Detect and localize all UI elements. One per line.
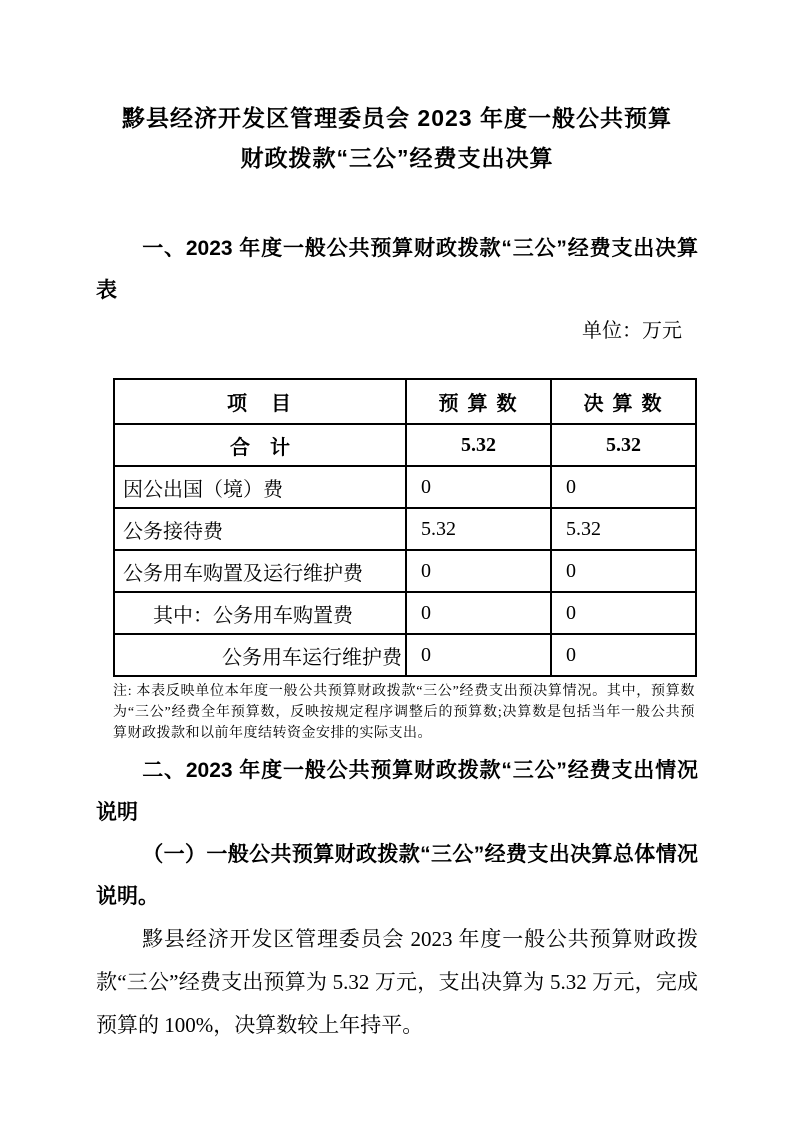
- section2-subheading: （一）一般公共预算财政拨款“三公”经费支出决算总体情况说明。: [96, 834, 698, 918]
- section2-paragraph: 黟县经济开发区管理委员会 2023 年度一般公共预算财政拨款“三公”经费支出预算…: [96, 918, 698, 1047]
- col-header-budget: 预 算 数: [406, 379, 551, 424]
- budget-value-cell: 0: [406, 466, 551, 508]
- budget-value-cell: 0: [406, 550, 551, 592]
- section2-heading: 二、2023 年度一般公共预算财政拨款“三公”经费支出情况说明: [96, 750, 698, 834]
- table-header-row: 项 目 预 算 数 决 算 数: [114, 379, 696, 424]
- document-title-line2: 财政拨款“三公”经费支出决算: [96, 138, 698, 178]
- item-label-cell: 因公出国（境）费: [114, 466, 406, 508]
- budget-value-cell: 0: [406, 592, 551, 634]
- final-value-cell: 0: [551, 466, 696, 508]
- item-label-cell: 其中：公务用车购置费: [114, 592, 406, 634]
- expenditure-table: 项 目 预 算 数 决 算 数 合 计5.325.32因公出国（境）费00公务接…: [113, 378, 697, 677]
- table-row: 因公出国（境）费00: [114, 466, 696, 508]
- final-value-cell: 5.32: [551, 424, 696, 466]
- final-value-cell: 0: [551, 592, 696, 634]
- table-row: 合 计5.325.32: [114, 424, 696, 466]
- table-row: 公务用车购置及运行维护费00: [114, 550, 696, 592]
- section1-heading: 一、2023 年度一般公共预算财政拨款“三公”经费支出决算表: [96, 228, 698, 312]
- table-note: 注: 本表反映单位本年度一般公共预算财政拨款“三公”经费支出预决算情况。其中，预…: [113, 681, 695, 744]
- table-row: 公务接待费5.325.32: [114, 508, 696, 550]
- col-header-final: 决 算 数: [551, 379, 696, 424]
- item-label-cell: 公务接待费: [114, 508, 406, 550]
- document-title-line1: 黟县经济开发区管理委员会 2023 年度一般公共预算: [96, 98, 698, 138]
- budget-value-cell: 5.32: [406, 508, 551, 550]
- item-label-cell: 合 计: [114, 424, 406, 466]
- budget-value-cell: 0: [406, 634, 551, 676]
- item-label-cell: 公务用车购置及运行维护费: [114, 550, 406, 592]
- table-body: 合 计5.325.32因公出国（境）费00公务接待费5.325.32公务用车购置…: [114, 424, 696, 676]
- item-label-cell: 公务用车运行维护费: [114, 634, 406, 676]
- table-row: 其中：公务用车购置费00: [114, 592, 696, 634]
- table-row: 公务用车运行维护费00: [114, 634, 696, 676]
- final-value-cell: 0: [551, 550, 696, 592]
- document-title: 黟县经济开发区管理委员会 2023 年度一般公共预算 财政拨款“三公”经费支出决…: [96, 98, 698, 178]
- document-page: 黟县经济开发区管理委员会 2023 年度一般公共预算 财政拨款“三公”经费支出决…: [0, 0, 794, 1122]
- unit-label: 单位：万元: [96, 314, 698, 348]
- final-value-cell: 0: [551, 634, 696, 676]
- col-header-item: 项 目: [114, 379, 406, 424]
- budget-value-cell: 5.32: [406, 424, 551, 466]
- final-value-cell: 5.32: [551, 508, 696, 550]
